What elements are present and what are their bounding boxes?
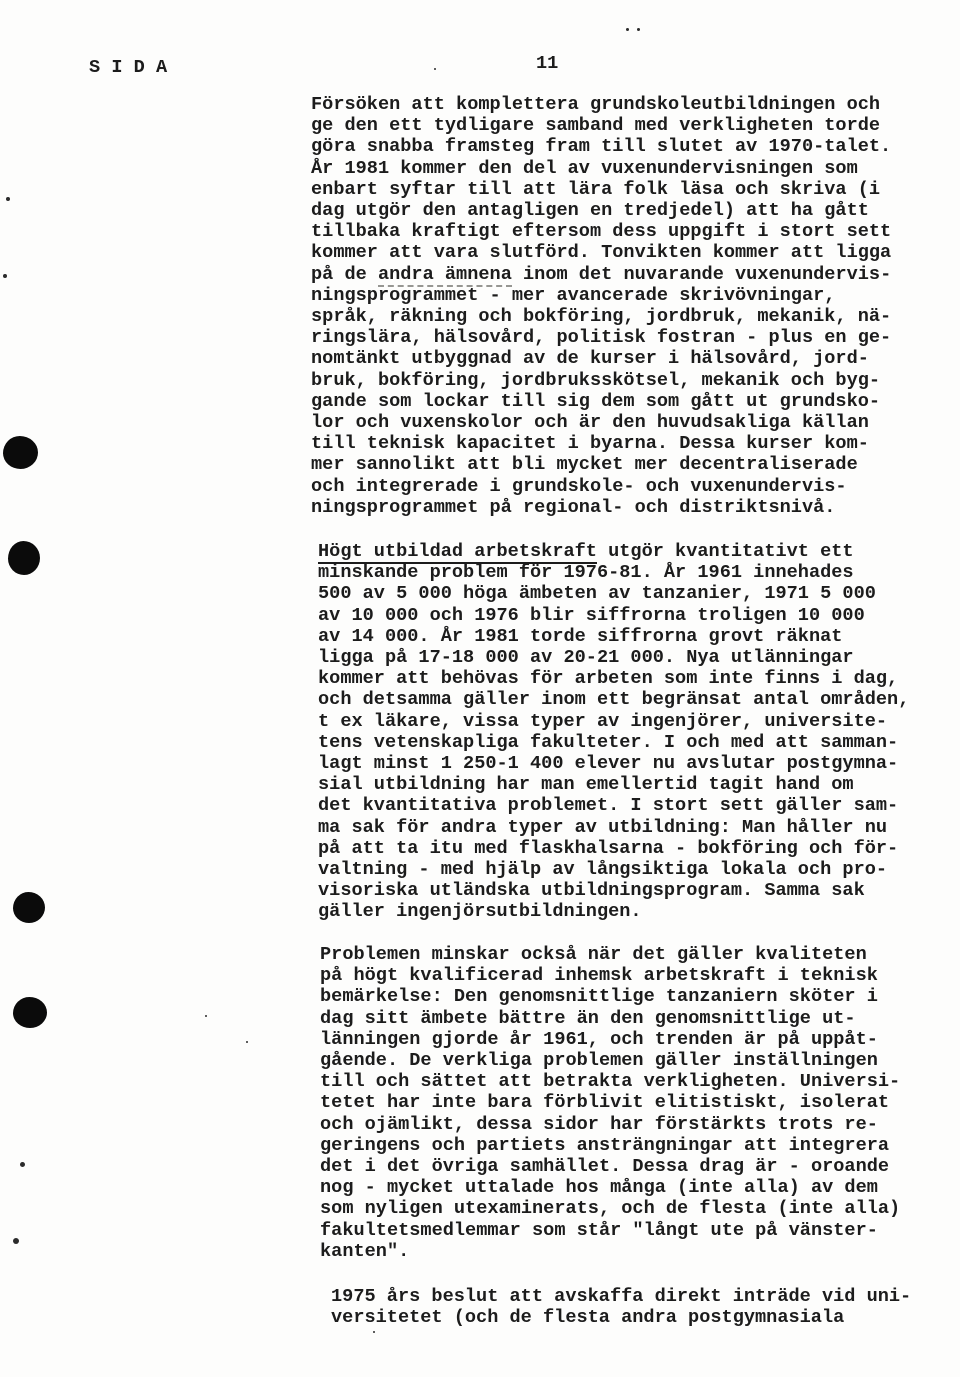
text-line: kanten". bbox=[320, 1241, 900, 1262]
text-line: på de andra ämnena inom det nuvarande vu… bbox=[311, 264, 891, 285]
text-line: som nyligen utexaminerats, och de flesta… bbox=[320, 1198, 900, 1219]
text-line: av 14 000. År 1981 torde siffrorna grovt… bbox=[318, 626, 909, 647]
margin-ink-dot bbox=[3, 436, 38, 469]
paper-speck bbox=[3, 274, 7, 278]
underlined-text: Högt utbildad arbetskraft bbox=[318, 541, 597, 564]
text-line: det kvantitativa problemet. I stort sett… bbox=[318, 795, 909, 816]
paper-speck bbox=[434, 68, 436, 70]
text-line: versitetet (och de flesta andra postgymn… bbox=[331, 1307, 911, 1328]
text-line: lor och vuxenskolor och är den huvudsakl… bbox=[311, 412, 891, 433]
text-line: kommer att behövas för arbeten som inte … bbox=[318, 668, 909, 689]
text-line: Högt utbildad arbetskraft utgör kvantita… bbox=[318, 541, 909, 562]
text-line: kommer att vara slutförd. Tonvikten komm… bbox=[311, 242, 891, 263]
paragraph-workforce: Högt utbildad arbetskraft utgör kvantita… bbox=[318, 541, 909, 923]
text-line: tens vetenskapliga fakulteter. I och med… bbox=[318, 732, 909, 753]
text-line: ningsprogrammet - mer avancerade skrivöv… bbox=[311, 285, 891, 306]
text-line: År 1981 kommer den del av vuxenundervisn… bbox=[311, 158, 891, 179]
text-line: ligga på 17-18 000 av 20-21 000. Nya utl… bbox=[318, 647, 909, 668]
text-line: dag sitt ämbete bättre än den genomsnitt… bbox=[320, 1008, 900, 1029]
margin-ink-dot bbox=[8, 541, 40, 575]
text-line: Försöken att komplettera grundskoleutbil… bbox=[311, 94, 891, 115]
text-line: gående. De verkliga problemen gäller ins… bbox=[320, 1050, 900, 1071]
text-line: tetet har inte bara förblivit elitistisk… bbox=[320, 1092, 900, 1113]
text-line: och detsamma gäller inom ett begränsat a… bbox=[318, 689, 909, 710]
text-line: visoriska utländska utbildningsprogram. … bbox=[318, 880, 909, 901]
text-line: på högt kvalificerad inhemsk arbetskraft… bbox=[320, 965, 900, 986]
margin-ink-dot bbox=[13, 892, 45, 923]
text-line: till teknisk kapacitet i byarna. Dessa k… bbox=[311, 433, 891, 454]
text-line: t ex läkare, vissa typer av ingenjörer, … bbox=[318, 711, 909, 732]
paper-speck bbox=[246, 1041, 248, 1043]
paper-speck bbox=[6, 197, 10, 201]
text-line: fakultetsmedlemmar som står "långt ute p… bbox=[320, 1220, 900, 1241]
text-line: gande som lockar till sig dem som gått u… bbox=[311, 391, 891, 412]
paper-speck bbox=[373, 1331, 375, 1333]
text-line: tillbaka kraftigt eftersom dess uppgift … bbox=[311, 221, 891, 242]
text-line: ge den ett tydligare samband med verklig… bbox=[311, 115, 891, 136]
text-line: till och sättet att betrakta verklighete… bbox=[320, 1071, 900, 1092]
text-line: ningsprogrammet på regional- och distrik… bbox=[311, 497, 891, 518]
text-line: och integrerade i grundskole- och vuxenu… bbox=[311, 476, 891, 497]
paper-speck bbox=[205, 1015, 207, 1017]
text-line: språk, räkning och bokföring, jordbruk, … bbox=[311, 306, 891, 327]
text-line: gäller ingenjörsutbildningen. bbox=[318, 901, 909, 922]
text-line: dag utgör den antagligen en tredjedel) a… bbox=[311, 200, 891, 221]
text-line: geringens och partiets ansträngningar at… bbox=[320, 1135, 900, 1156]
text-line: och ojämlikt, dessa sidor har förstärkts… bbox=[320, 1114, 900, 1135]
text-line: på att ta itu med flaskhalsarna - bokför… bbox=[318, 838, 909, 859]
text-line: göra snabba framsteg fram till slutet av… bbox=[311, 136, 891, 157]
text-line: Problemen minskar också när det gäller k… bbox=[320, 944, 900, 965]
text-line: lagt minst 1 250-1 400 elever nu avsluta… bbox=[318, 753, 909, 774]
paragraph-1975-decision: 1975 års beslut att avskaffa direkt intr… bbox=[331, 1286, 911, 1328]
paragraph-quality: Problemen minskar också när det gäller k… bbox=[320, 944, 900, 1262]
text-line: enbart syftar till att lära folk läsa oc… bbox=[311, 179, 891, 200]
paper-speck bbox=[13, 1238, 19, 1244]
paragraph-education: Försöken att komplettera grundskoleutbil… bbox=[311, 94, 891, 518]
text-line: mer sannolikt att bli mycket mer decentr… bbox=[311, 454, 891, 475]
text-line: bemärkelse: Den genomsnittlige tanzanier… bbox=[320, 986, 900, 1007]
sida-header-label: S I D A bbox=[89, 57, 167, 78]
paper-speck bbox=[626, 28, 629, 31]
text-line: 1975 års beslut att avskaffa direkt intr… bbox=[331, 1286, 911, 1307]
text-line: minskande problem för 1976-81. År 1961 i… bbox=[318, 562, 909, 583]
paper-speck bbox=[20, 1162, 25, 1167]
text-line: ma sak för andra typer av utbildning: Ma… bbox=[318, 817, 909, 838]
text-line: nog - mycket uttalade hos många (inte al… bbox=[320, 1177, 900, 1198]
underlined-text: andra ämnena bbox=[378, 264, 512, 287]
text-line: sial utbildning har man emellertid tagit… bbox=[318, 774, 909, 795]
text-line: länningen gjorde år 1961, och trenden är… bbox=[320, 1029, 900, 1050]
text-line: ringslära, hälsovård, politisk fostran -… bbox=[311, 327, 891, 348]
page-number: 11 bbox=[536, 53, 558, 74]
paper-speck bbox=[637, 28, 640, 31]
text-line: det i det övriga samhället. Dessa drag ä… bbox=[320, 1156, 900, 1177]
text-line: valtning - med hjälp av långsiktiga loka… bbox=[318, 859, 909, 880]
text-line: bruk, bokföring, jordbruksskötsel, mekan… bbox=[311, 370, 891, 391]
text-line: nomtänkt utbyggnad av de kurser i hälsov… bbox=[311, 348, 891, 369]
text-line: av 10 000 och 1976 blir siffrorna trolig… bbox=[318, 605, 909, 626]
document-page: S I D A 11 Försöken att komplettera grun… bbox=[0, 0, 960, 1377]
margin-ink-dot bbox=[13, 997, 47, 1028]
text-line: 500 av 5 000 höga ämbeten av tanzanier, … bbox=[318, 583, 909, 604]
